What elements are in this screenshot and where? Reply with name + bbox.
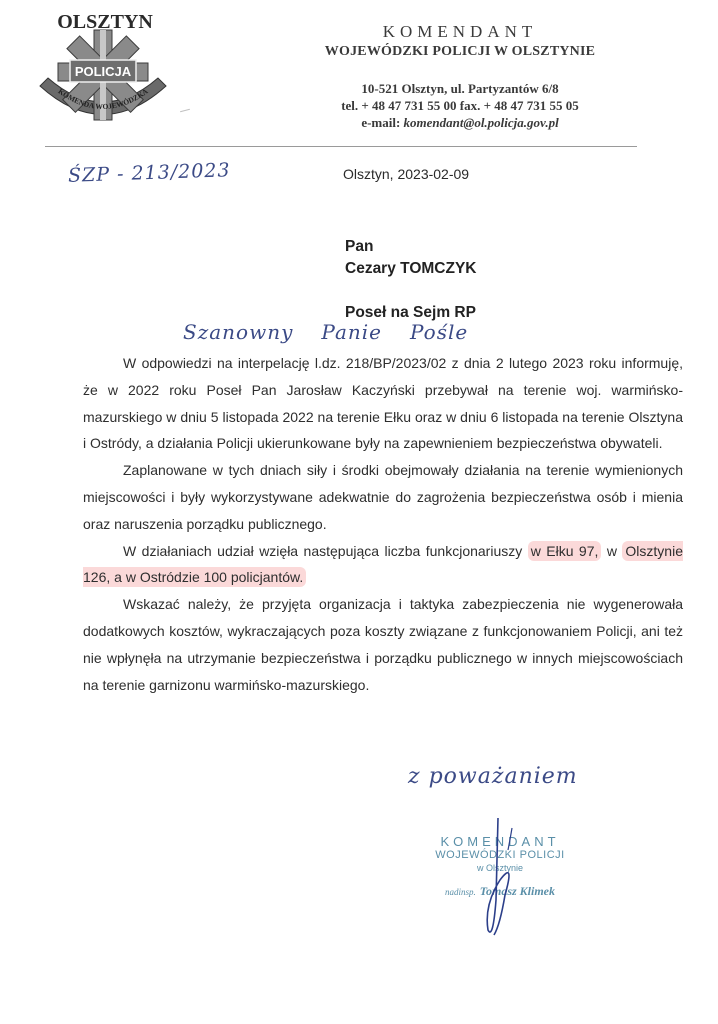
handwritten-signature-icon [0, 0, 718, 1024]
